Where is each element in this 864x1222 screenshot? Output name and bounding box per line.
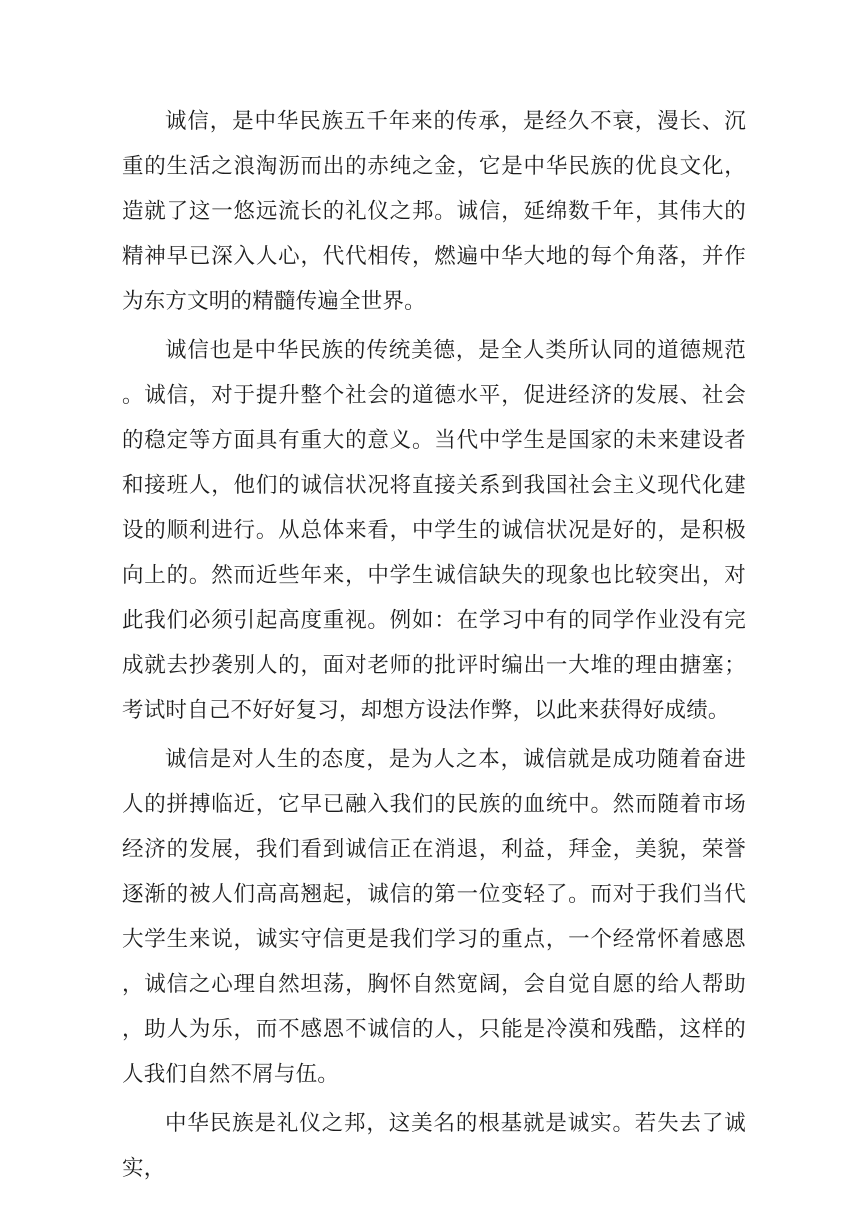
paragraph-3: 诚信是对人生的态度，是为人之本，诚信就是成功随着奋进人的拼搏临近，它早已融入我们… [122, 737, 746, 1097]
document-body: 诚信，是中华民族五千年来的传承，是经久不衰，漫长、沉重的生活之浪淘沥而出的赤纯之… [122, 99, 746, 1191]
paragraph-4: 中华民族是礼仪之邦，这美名的根基就是诚实。若失去了诚实， [122, 1101, 746, 1191]
paragraph-1: 诚信，是中华民族五千年来的传承，是经久不衰，漫长、沉重的生活之浪淘沥而出的赤纯之… [122, 99, 746, 324]
paragraph-2: 诚信也是中华民族的传统美德，是全人类所认同的道德规范。诚信，对于提升整个社会的道… [122, 328, 746, 733]
document-page: 诚信，是中华民族五千年来的传承，是经久不衰，漫长、沉重的生活之浪淘沥而出的赤纯之… [0, 0, 864, 1222]
